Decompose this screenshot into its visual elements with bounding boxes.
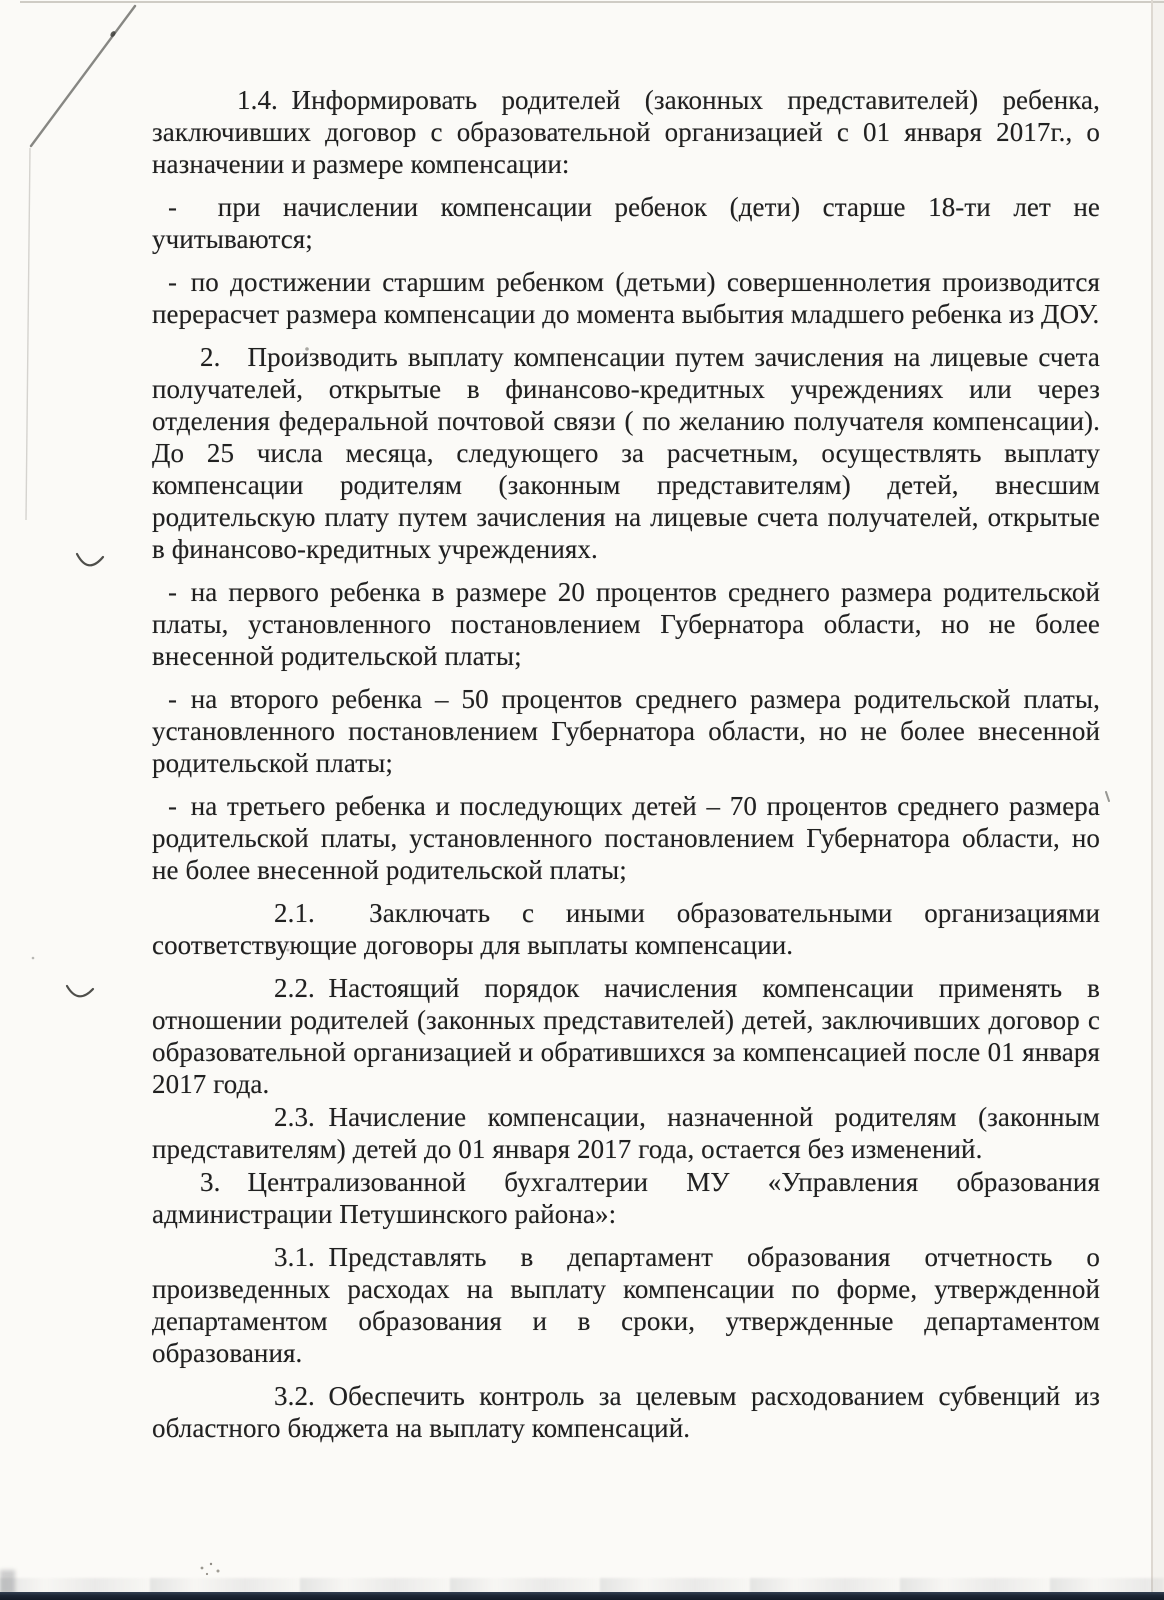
scanner-bottom-smudge (0, 1578, 1164, 1593)
paragraph-2-3: 2.3. Начисление компенсации, назначенной… (152, 1101, 1100, 1165)
bullet-first-child-20: - на первого ребенка в размере 20 процен… (152, 576, 1100, 672)
speck-left-margin (32, 957, 35, 960)
bullet-recalculation: - по достижении старшим ребенком (детьми… (152, 266, 1100, 330)
paper-right-edge (1153, 0, 1164, 1600)
pencil-vertical-faint-line (26, 148, 30, 520)
paragraph-2: 2. Производить выплату компенсации путем… (152, 341, 1100, 565)
scanned-document-page: { "doc": { "language": "ru", "kind": "sc… (0, 0, 1164, 1600)
paragraph-3-2: 3.2. Обеспечить контроль за целевым расх… (152, 1380, 1100, 1444)
document-text-block: 1.4. Информировать родителей (законных п… (152, 84, 1100, 1455)
paragraph-3-1: 3.1. Представлять в департамент образова… (152, 1241, 1100, 1369)
bullet-second-child-50: - на второго ребенка – 50 процентов сред… (152, 683, 1100, 779)
pencil-diagonal-mark (31, 6, 135, 146)
bottom-speck-2 (210, 1563, 212, 1565)
tick-mark-lower (67, 986, 93, 996)
bullet-third-child-70: - на третьего ребенка и последующих дете… (152, 790, 1100, 886)
bottom-left-corner-smudge (0, 1570, 15, 1594)
tick-mark-upper (77, 554, 103, 565)
paragraph-1-4: 1.4. Информировать родителей (законных п… (152, 84, 1100, 180)
bottom-speck-1 (201, 1567, 204, 1570)
document-page: 1.4. Информировать родителей (законных п… (0, 0, 1164, 1600)
paragraph-2-1: 2.1. Заключать с иными образовательными … (152, 897, 1100, 961)
paragraph-2-2: 2.2. Настоящий порядок начисления компен… (152, 972, 1100, 1100)
scanner-bed-dark-band (0, 1592, 1164, 1600)
bottom-speck-4 (206, 1573, 208, 1575)
speck-right-margin-apostrophe (1106, 792, 1109, 801)
paragraph-3: 3. Централизованной бухгалтерии МУ «Упра… (152, 1166, 1100, 1230)
pencil-mark-blob (109, 30, 116, 38)
bullet-over-18: - при начислении компенсации ребенок (де… (152, 191, 1100, 255)
bottom-speck-3 (217, 1570, 220, 1573)
